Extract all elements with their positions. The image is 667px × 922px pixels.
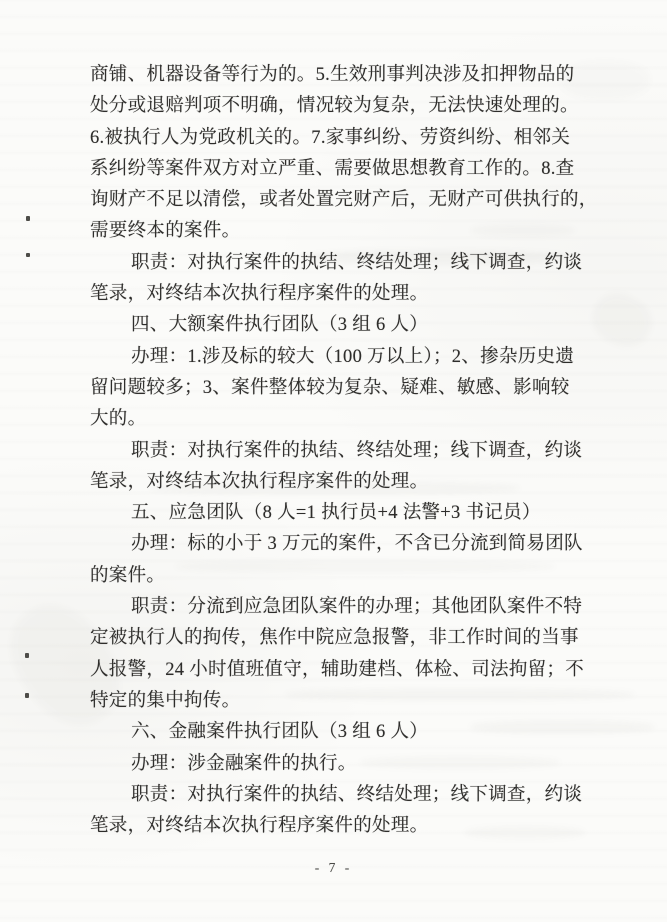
text-line: 系纠纷等案件双方对立严重、需要做思想教育工作的。8.查 [90,154,590,185]
text-line: 职责：对执行案件的执结、终结处理；线下调查，约谈 [90,248,590,279]
text-line: 留问题较多；3、案件整体较为复杂、疑难、敏感、影响较 [90,373,590,404]
ink-speck [25,693,29,698]
text-line: 办理：1.涉及标的较大（100 万以上）；2、掺杂历史遗 [90,342,590,373]
text-line: 需要终本的案件。 [90,216,590,247]
text-line: 办理：标的小于 3 万元的案件，不含已分流到简易团队 [90,529,590,560]
text-line: 四、大额案件执行团队（3 组 6 人） [90,310,590,341]
text-line: 职责：对执行案件的执结、终结处理；线下调查，约谈 [90,436,590,467]
page-number: - 7 - [0,860,667,876]
text-line: 五、应急团队（8 人=1 执行员+4 法警+3 书记员） [90,498,590,529]
text-line: 六、金融案件执行团队（3 组 6 人） [90,717,590,748]
ink-speck [25,653,29,658]
scan-smudge [584,285,660,356]
text-line: 处分或退赔判项不明确，情况较为复杂，无法快速处理的。 [90,91,590,122]
ink-speck [26,216,30,221]
text-line: 特定的集中拘传。 [90,686,590,717]
text-line: 职责：对执行案件的执结、终结处理；线下调查，约谈 [90,780,590,811]
text-line: 笔录，对终结本次执行程序案件的处理。 [90,467,590,498]
text-line: 笔录，对终结本次执行程序案件的处理。 [90,811,590,842]
ink-speck [26,253,30,257]
text-line: 人报警，24 小时值班值守，辅助建档、体检、司法拘留；不 [90,655,590,686]
text-line: 办理：涉金融案件的执行。 [90,749,590,780]
document-page: 商铺、机器设备等行为的。5.生效刑事判决涉及扣押物品的处分或退赔判项不明确，情况… [0,0,667,922]
text-line: 的案件。 [90,561,590,592]
text-line: 笔录，对终结本次执行程序案件的处理。 [90,279,590,310]
text-line: 商铺、机器设备等行为的。5.生效刑事判决涉及扣押物品的 [90,60,590,91]
text-line: 询财产不足以清偿，或者处置完财产后，无财产可供执行的， [90,185,590,216]
text-line: 职责：分流到应急团队案件的办理；其他团队案件不特 [90,592,590,623]
text-line: 大的。 [90,404,590,435]
text-line: 定被执行人的拘传，焦作中院应急报警，非工作时间的当事 [90,623,590,654]
document-body: 商铺、机器设备等行为的。5.生效刑事判决涉及扣押物品的处分或退赔判项不明确，情况… [90,60,590,842]
text-line: 6.被执行人为党政机关的。7.家事纠纷、劳资纠纷、相邻关 [90,123,590,154]
